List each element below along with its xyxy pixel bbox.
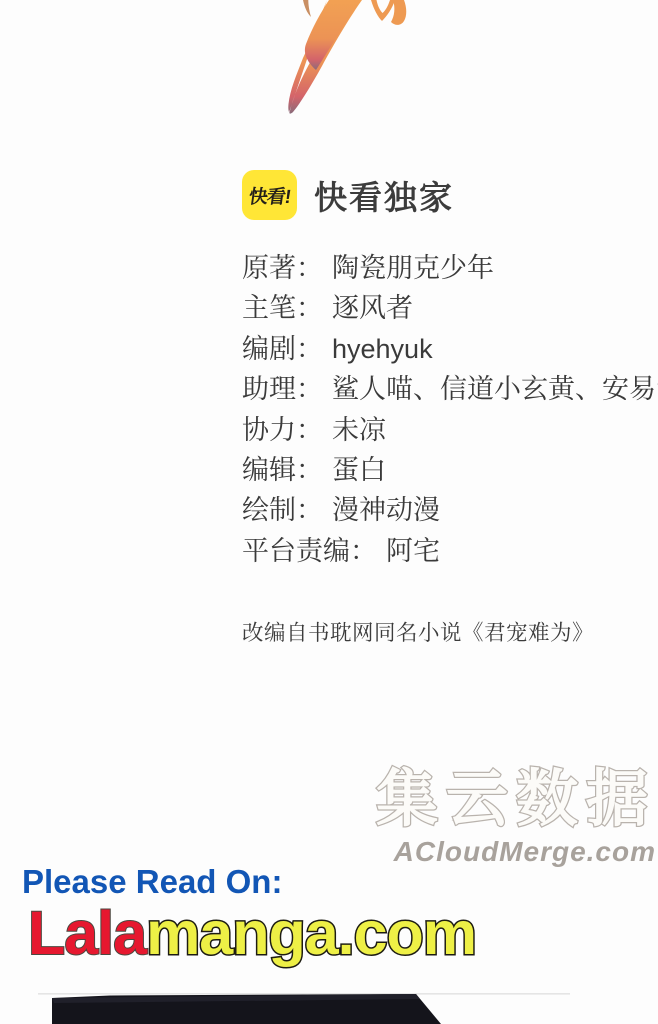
exclusive-label: 快看独家 (314, 172, 454, 219)
credit-name: 蛋白 (332, 455, 386, 485)
site-name-link[interactable]: Lalamanga.com (28, 898, 476, 968)
brush-hook (371, 0, 395, 21)
credit-role: 编辑 (242, 455, 296, 485)
credit-separator: ： (296, 495, 323, 525)
credit-name: 漫神动漫 (332, 495, 440, 525)
watermark: 集云数据 ACloudMerge.com (376, 760, 656, 868)
credit-role: 绘制 (242, 495, 296, 525)
credit-name: hyehyuk (332, 334, 433, 364)
credit-row-platform-editor: 平台责编：阿宅 (242, 531, 642, 571)
publisher-logo-row: 快看! 快看独家 (242, 170, 454, 220)
next-panel-edge (0, 990, 658, 1024)
watermark-cjk-text: 集云数据 (376, 760, 656, 840)
read-on-label: Please Read On: (22, 863, 282, 901)
credit-separator: ： (296, 293, 323, 323)
site-name-rest-part: manga.com (146, 899, 476, 967)
credit-role: 协力 (242, 415, 296, 445)
kuaikan-logo-badge: 快看! (242, 170, 297, 220)
credit-role: 主笔 (242, 293, 296, 323)
kuaikan-logo-text: 快看! (247, 182, 292, 209)
credit-separator: ： (350, 536, 377, 566)
credit-row-lead-artist: 主笔：逐风者 (242, 288, 642, 328)
credit-name: 逐风者 (332, 293, 413, 323)
brush-sliver (303, 0, 311, 17)
credit-separator: ： (296, 415, 323, 445)
credit-row-original-author: 原著：陶瓷朋克少年 (242, 248, 642, 288)
watermark-site-text: ACloudMerge.com (376, 836, 656, 868)
site-name-first-part: Lala (28, 899, 146, 967)
credit-separator: ： (296, 253, 323, 283)
credit-separator: ： (296, 455, 323, 485)
credit-role: 平台责编 (242, 536, 350, 566)
credit-row-screenwriter: 编剧：hyehyuk (242, 329, 642, 369)
credit-row-cooperation: 协力：未凉 (242, 410, 642, 450)
credit-name: 鲨人喵、信道小玄黄、安易青 (332, 374, 658, 404)
credit-name: 陶瓷朋克少年 (332, 253, 494, 283)
credit-row-studio: 绘制：漫神动漫 (242, 490, 642, 530)
credit-row-editor: 编辑：蛋白 (242, 450, 642, 490)
credit-row-assistants: 助理：鲨人喵、信道小玄黄、安易青 (242, 369, 642, 409)
adaptation-note: 改编自书耽网同名小说《君宠难为》 (242, 616, 594, 647)
credits-list: 原著：陶瓷朋克少年 主笔：逐风者 编剧：hyehyuk 助理：鲨人喵、信道小玄黄… (242, 248, 642, 571)
credit-name: 未凉 (332, 415, 386, 445)
brush-main-body (305, 0, 361, 70)
brushstroke-artwork (0, 0, 658, 130)
panel-faint-line (38, 993, 570, 995)
credit-name: 阿宅 (386, 536, 440, 566)
credit-role: 原著 (242, 253, 296, 283)
credit-role: 助理 (242, 374, 296, 404)
credit-separator: ： (296, 374, 323, 404)
credit-role: 编剧 (242, 334, 296, 364)
credit-separator: ： (296, 334, 323, 364)
